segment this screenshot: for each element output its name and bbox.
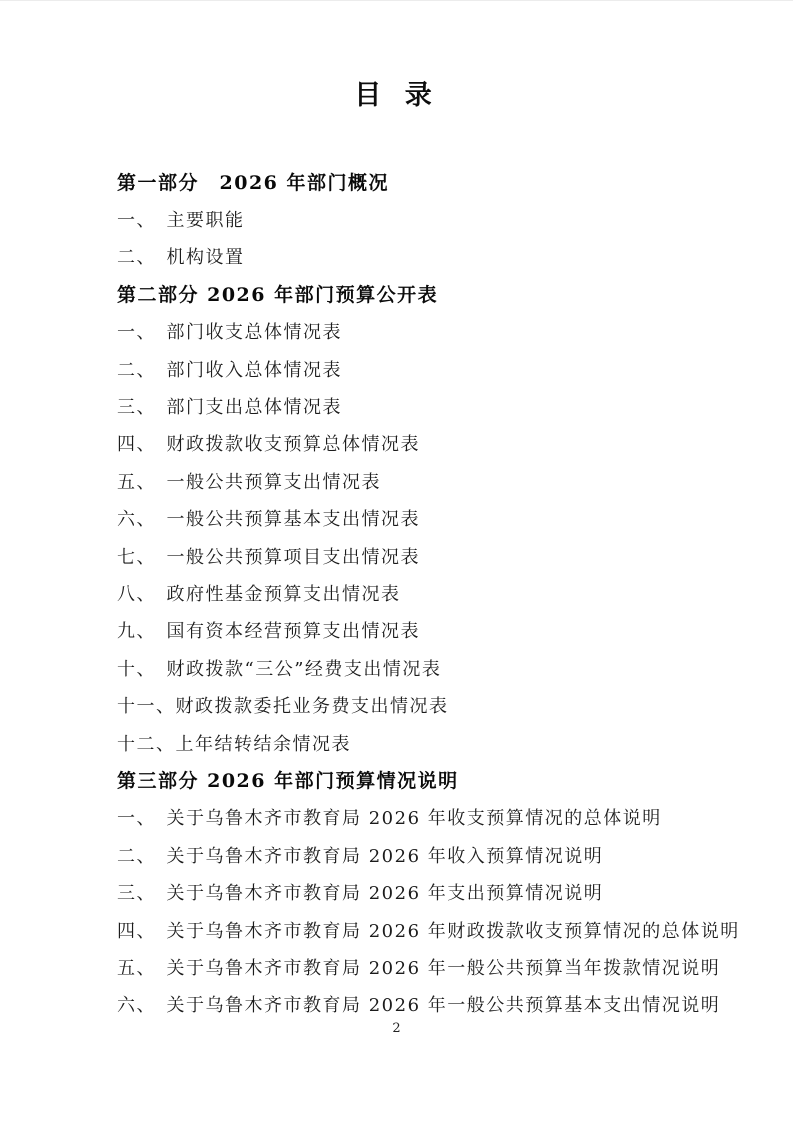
toc-item: 三、 部门支出总体情况表 <box>117 387 733 424</box>
toc-item: 六、 关于乌鲁木齐市教育局 2026 年一般公共预算基本支出情况说明 <box>117 986 733 1023</box>
toc-item: 一、 主要职能 <box>117 200 733 237</box>
toc-item: 九、 国有资本经营预算支出情况表 <box>117 612 733 649</box>
toc-item: 七、 一般公共预算项目支出情况表 <box>117 537 733 574</box>
toc-section-3-heading: 第三部分 2026 年部门预算情况说明 <box>117 761 733 798</box>
page-title: 目 录 <box>0 1 793 109</box>
toc-section-2-heading: 第二部分 2026 年部门预算公开表 <box>117 275 733 312</box>
toc-item: 五、 一般公共预算支出情况表 <box>117 462 733 499</box>
toc-item: 二、 部门收入总体情况表 <box>117 350 733 387</box>
toc-item: 六、 一般公共预算基本支出情况表 <box>117 500 733 537</box>
toc-item: 十、 财政拨款“三公”经费支出情况表 <box>117 649 733 686</box>
toc-item: 一、 部门收支总体情况表 <box>117 313 733 350</box>
page-number: 2 <box>0 1021 793 1036</box>
toc-item: 二、 机构设置 <box>117 238 733 275</box>
toc-item: 三、 关于乌鲁木齐市教育局 2026 年支出预算情况说明 <box>117 873 733 910</box>
toc-item: 四、 关于乌鲁木齐市教育局 2026 年财政拨款收支预算情况的总体说明 <box>117 911 733 948</box>
toc-item: 十一、财政拨款委托业务费支出情况表 <box>117 686 733 723</box>
toc-item: 四、 财政拨款收支预算总体情况表 <box>117 425 733 462</box>
document-page: 目 录 第一部分 2026 年部门概况 一、 主要职能 二、 机构设置 第二部分… <box>0 0 793 1122</box>
toc-item: 二、 关于乌鲁木齐市教育局 2026 年收入预算情况说明 <box>117 836 733 873</box>
toc-item: 五、 关于乌鲁木齐市教育局 2026 年一般公共预算当年拨款情况说明 <box>117 948 733 985</box>
table-of-contents: 第一部分 2026 年部门概况 一、 主要职能 二、 机构设置 第二部分 202… <box>0 163 793 1023</box>
toc-item: 一、 关于乌鲁木齐市教育局 2026 年收支预算情况的总体说明 <box>117 799 733 836</box>
toc-item: 八、 政府性基金预算支出情况表 <box>117 574 733 611</box>
toc-item: 十二、上年结转结余情况表 <box>117 724 733 761</box>
toc-section-1-heading: 第一部分 2026 年部门概况 <box>117 163 733 200</box>
